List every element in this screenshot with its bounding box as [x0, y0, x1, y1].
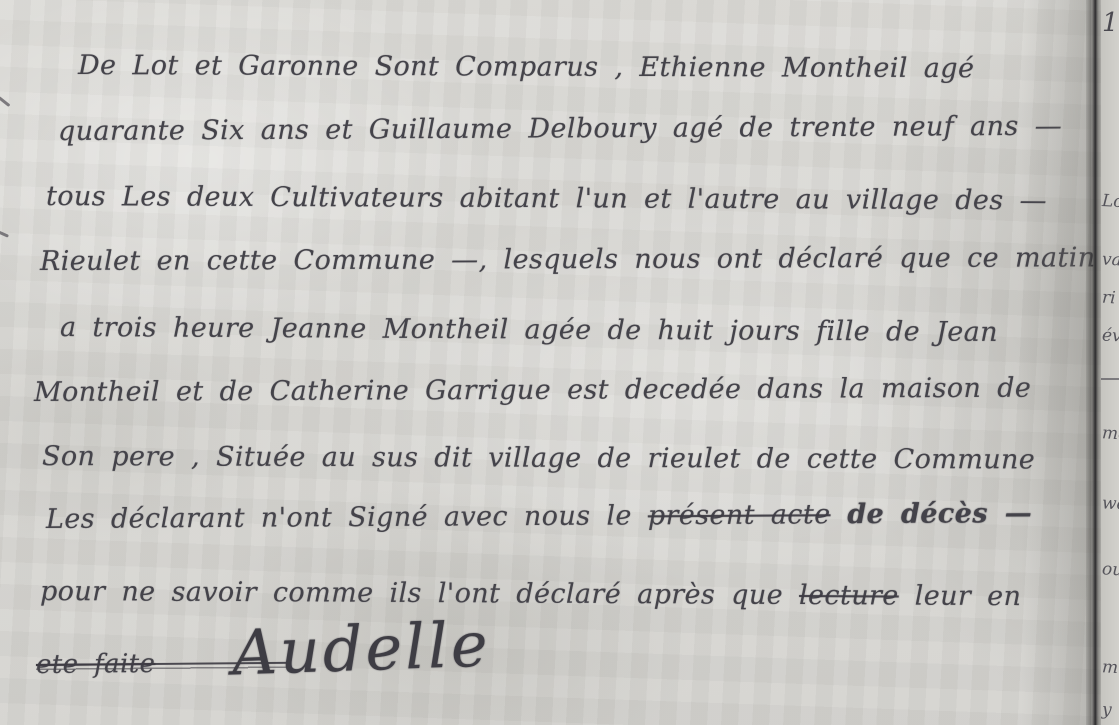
line-text: De Lot et Garonne Sont Comparus , Ethien…: [78, 50, 975, 84]
gutter-text-fragment: we: [1101, 493, 1119, 514]
facing-page-rule: [1101, 378, 1119, 380]
line-text: Montheil et de Catherine Garrigue est de…: [34, 373, 1031, 408]
gutter-text-fragment: Loui: [1102, 191, 1119, 213]
line-text: quarante Six ans et Guillaume Delboury a…: [58, 111, 1062, 147]
gutter-text-fragment: oul: [1101, 559, 1119, 580]
gutter-text-fragment: év: [1101, 325, 1119, 346]
left-margin-ink-mark: [0, 229, 9, 237]
line-text: Son pere , Située au sus dit village de …: [42, 441, 1035, 475]
gutter-shadow: [1021, 0, 1091, 725]
manuscript-line-4: Rieulet en cette Commune —, lesquels nou…: [40, 242, 1096, 277]
line-text: tous Les deux Cultivateurs abitant l'un …: [46, 181, 1047, 216]
signature-audelle: Audelle: [231, 608, 492, 690]
manuscript-line-7: Son pere , Située au sus dit village de …: [42, 441, 1035, 475]
manuscript-line-6: Montheil et de Catherine Garrigue est de…: [34, 373, 1031, 408]
manuscript-line-9: pour ne savoir comme ils l'ont déclaré a…: [40, 576, 1022, 612]
line-text: pour ne savoir comme ils l'ont déclaré a…: [40, 576, 799, 611]
gutter-text-fragment: va: [1101, 249, 1119, 270]
line-text: leur en: [899, 580, 1022, 612]
left-margin-ink-mark: [0, 96, 10, 107]
line-text: Les déclarant n'ont Signé avec nous le: [46, 500, 648, 535]
gutter-text-fragment: y: [1101, 700, 1112, 720]
manuscript-line-3: tous Les deux Cultivateurs abitant l'un …: [46, 181, 1047, 216]
line-text-heavy: de décès —: [830, 498, 1032, 530]
gutter-text-fragment: me: [1101, 423, 1119, 444]
struck-text: lecture: [799, 580, 899, 612]
gutter-text-fragment: mw: [1101, 657, 1119, 679]
page-fold: [1086, 0, 1102, 725]
manuscript-line-8: Les déclarant n'ont Signé avec nous le p…: [46, 498, 1032, 535]
manuscript-line-2: quarante Six ans et Guillaume Delboury a…: [58, 111, 1062, 147]
manuscript-line-1: De Lot et Garonne Sont Comparus , Ethien…: [78, 50, 975, 84]
line-text: Rieulet en cette Commune —, lesquels nou…: [40, 242, 1096, 277]
facing-page-edge: 18 Loui va ri év me we oul mw y: [1101, 0, 1119, 725]
struck-text: présent acte: [648, 499, 831, 531]
gutter-text-fragment: ri: [1101, 288, 1116, 309]
paper-texture: [0, 0, 1119, 725]
line-text: a trois heure Jeanne Montheil agée de hu…: [60, 312, 998, 348]
scanned-register-page: De Lot et Garonne Sont Comparus , Ethien…: [0, 0, 1119, 725]
manuscript-line-5: a trois heure Jeanne Montheil agée de hu…: [60, 312, 998, 348]
page-number-fragment: 18: [1102, 8, 1119, 38]
